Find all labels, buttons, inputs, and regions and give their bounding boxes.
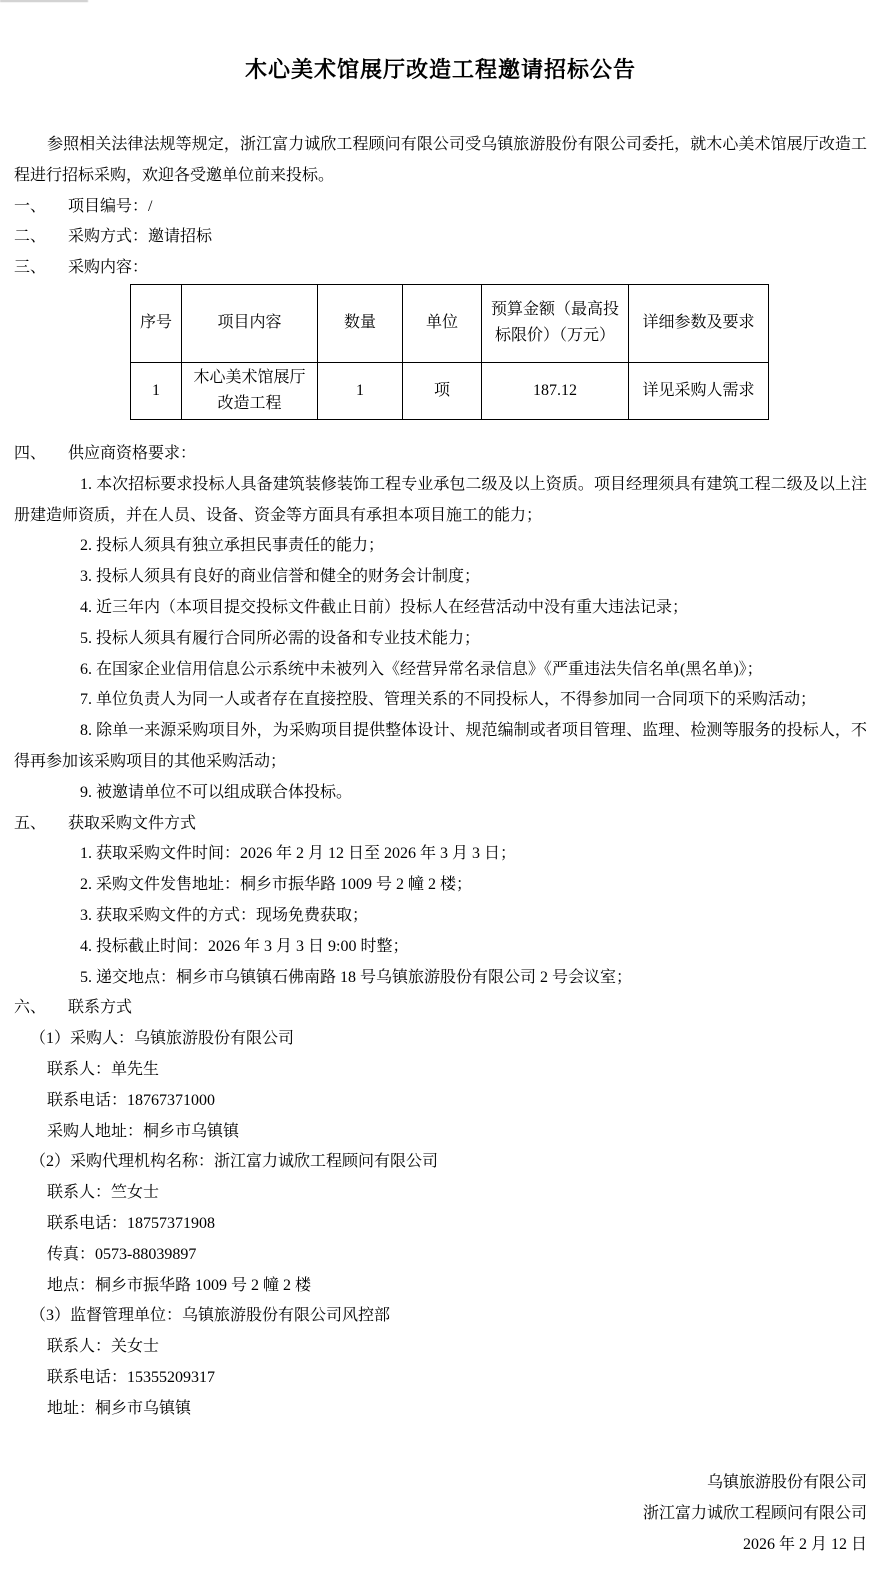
contact-1-address: 采购人地址：桐乡市乌镇镇 — [47, 1117, 867, 1148]
section-4-supplier-qualifications: 四、 供应商资格要求： — [14, 439, 867, 470]
contact-1-phone: 联系电话：18767371000 — [47, 1086, 867, 1117]
page-title: 木心美术馆展厅改造工程邀请招标公告 — [14, 54, 867, 86]
qualification-item-3: 3. 投标人须具有良好的商业信誉和健全的财务会计制度； — [14, 562, 867, 593]
section-1-project-number: 一、 项目编号：/ — [14, 192, 867, 223]
table-cell-content: 木心美术馆展厅改造工程 — [182, 362, 318, 419]
contact-3-person: 联系人：关女士 — [47, 1332, 867, 1363]
table-header-content: 项目内容 — [182, 284, 318, 362]
signature-date: 2026 年 2 月 12 日 — [14, 1530, 867, 1561]
qualification-item-8: 8. 除单一来源采购项目外，为采购项目提供整体设计、规范编制或者项目管理、监理、… — [14, 716, 867, 778]
section-6-contact-info: 六、 联系方式 — [14, 993, 867, 1024]
qualification-item-5: 5. 投标人须具有履行合同所必需的设备和专业技术能力； — [14, 624, 867, 655]
contact-1-person: 联系人：单先生 — [47, 1055, 867, 1086]
section-3-number: 三、 — [14, 253, 68, 284]
table-header-row: 序号 项目内容 数量 单位 预算金额（最高投标限价）（万元） 详细参数及要求 — [131, 284, 769, 362]
qualification-item-7: 7. 单位负责人为同一人或者存在直接控股、管理关系的不同投标人，不得参加同一合同… — [14, 685, 867, 716]
acquisition-item-4: 4. 投标截止时间：2026 年 3 月 3 日 9:00 时整； — [14, 932, 867, 963]
contact-2-heading: （2）采购代理机构名称：浙江富力诚欣工程顾问有限公司 — [30, 1147, 867, 1178]
table-cell-params: 详见采购人需求 — [629, 362, 769, 419]
table-header-quantity: 数量 — [318, 284, 403, 362]
contact-2-fax: 传真：0573-88039897 — [47, 1240, 867, 1271]
table-cell-budget: 187.12 — [482, 362, 629, 419]
table-header-unit: 单位 — [403, 284, 482, 362]
document-page: 木心美术馆展厅改造工程邀请招标公告 参照相关法律法规等规定，浙江富力诚欣工程顾问… — [0, 0, 882, 1570]
section-4-number: 四、 — [14, 439, 68, 470]
section-6-text: 联系方式 — [68, 993, 867, 1024]
qualification-item-2: 2. 投标人须具有独立承担民事责任的能力； — [14, 531, 867, 562]
acquisition-item-3: 3. 获取采购文件的方式：现场免费获取； — [14, 901, 867, 932]
table-cell-quantity: 1 — [318, 362, 403, 419]
section-5-document-acquisition: 五、 获取采购文件方式 — [14, 809, 867, 840]
table-row: 1 木心美术馆展厅改造工程 1 项 187.12 详见采购人需求 — [131, 362, 769, 419]
contact-block-supervisor: （3）监督管理单位：乌镇旅游股份有限公司风控部 联系人：关女士 联系电话：153… — [14, 1301, 867, 1424]
contact-3-address: 地址：桐乡市乌镇镇 — [47, 1394, 867, 1425]
qualification-item-4: 4. 近三年内（本项目提交投标文件截止日前）投标人在经营活动中没有重大违法记录； — [14, 593, 867, 624]
contact-2-address: 地点：桐乡市振华路 1009 号 2 幢 2 楼 — [47, 1271, 867, 1302]
section-2-procurement-method: 二、 采购方式：邀请招标 — [14, 222, 867, 253]
qualification-item-1: 1. 本次招标要求投标人具备建筑装修装饰工程专业承包二级及以上资质。项目经理须具… — [14, 470, 867, 532]
signature-purchaser: 乌镇旅游股份有限公司 — [14, 1468, 867, 1499]
section-3-procurement-content: 三、 采购内容： — [14, 253, 867, 284]
contact-2-phone: 联系电话：18757371908 — [47, 1209, 867, 1240]
table-header-budget: 预算金额（最高投标限价）（万元） — [482, 284, 629, 362]
section-5-text: 获取采购文件方式 — [68, 809, 867, 840]
table-header-params: 详细参数及要求 — [629, 284, 769, 362]
acquisition-item-5: 5. 递交地点：桐乡市乌镇镇石佛南路 18 号乌镇旅游股份有限公司 2 号会议室… — [14, 963, 867, 994]
contact-2-person: 联系人：竺女士 — [47, 1178, 867, 1209]
section-4-text: 供应商资格要求： — [68, 439, 867, 470]
contact-3-phone: 联系电话：15355209317 — [47, 1363, 867, 1394]
procurement-table: 序号 项目内容 数量 单位 预算金额（最高投标限价）（万元） 详细参数及要求 1… — [130, 284, 769, 420]
contact-3-heading: （3）监督管理单位：乌镇旅游股份有限公司风控部 — [30, 1301, 867, 1332]
qualification-item-6: 6. 在国家企业信用信息公示系统中未被列入《经营异常名录信息》《严重违法失信名单… — [14, 655, 867, 686]
screen-edge-artifact — [0, 0, 88, 2]
qualification-item-9: 9. 被邀请单位不可以组成联合体投标。 — [14, 778, 867, 809]
section-3-text: 采购内容： — [68, 253, 867, 284]
section-1-text: 项目编号：/ — [68, 192, 867, 223]
acquisition-item-2: 2. 采购文件发售地址：桐乡市振华路 1009 号 2 幢 2 楼； — [14, 870, 867, 901]
signature-block: 乌镇旅游股份有限公司 浙江富力诚欣工程顾问有限公司 2026 年 2 月 12 … — [14, 1468, 867, 1560]
section-2-number: 二、 — [14, 222, 68, 253]
contact-block-agency: （2）采购代理机构名称：浙江富力诚欣工程顾问有限公司 联系人：竺女士 联系电话：… — [14, 1147, 867, 1301]
contact-1-heading: （1）采购人：乌镇旅游股份有限公司 — [30, 1024, 867, 1055]
section-2-text: 采购方式：邀请招标 — [68, 222, 867, 253]
section-6-number: 六、 — [14, 993, 68, 1024]
table-cell-seq: 1 — [131, 362, 182, 419]
acquisition-item-1: 1. 获取采购文件时间：2026 年 2 月 12 日至 2026 年 3 月 … — [14, 839, 867, 870]
signature-agency: 浙江富力诚欣工程顾问有限公司 — [14, 1499, 867, 1530]
table-cell-unit: 项 — [403, 362, 482, 419]
contact-block-purchaser: （1）采购人：乌镇旅游股份有限公司 联系人：单先生 联系电话：187673710… — [14, 1024, 867, 1147]
section-1-number: 一、 — [14, 192, 68, 223]
section-5-number: 五、 — [14, 809, 68, 840]
table-header-seq: 序号 — [131, 284, 182, 362]
intro-paragraph: 参照相关法律法规等规定，浙江富力诚欣工程顾问有限公司受乌镇旅游股份有限公司委托，… — [14, 130, 867, 192]
